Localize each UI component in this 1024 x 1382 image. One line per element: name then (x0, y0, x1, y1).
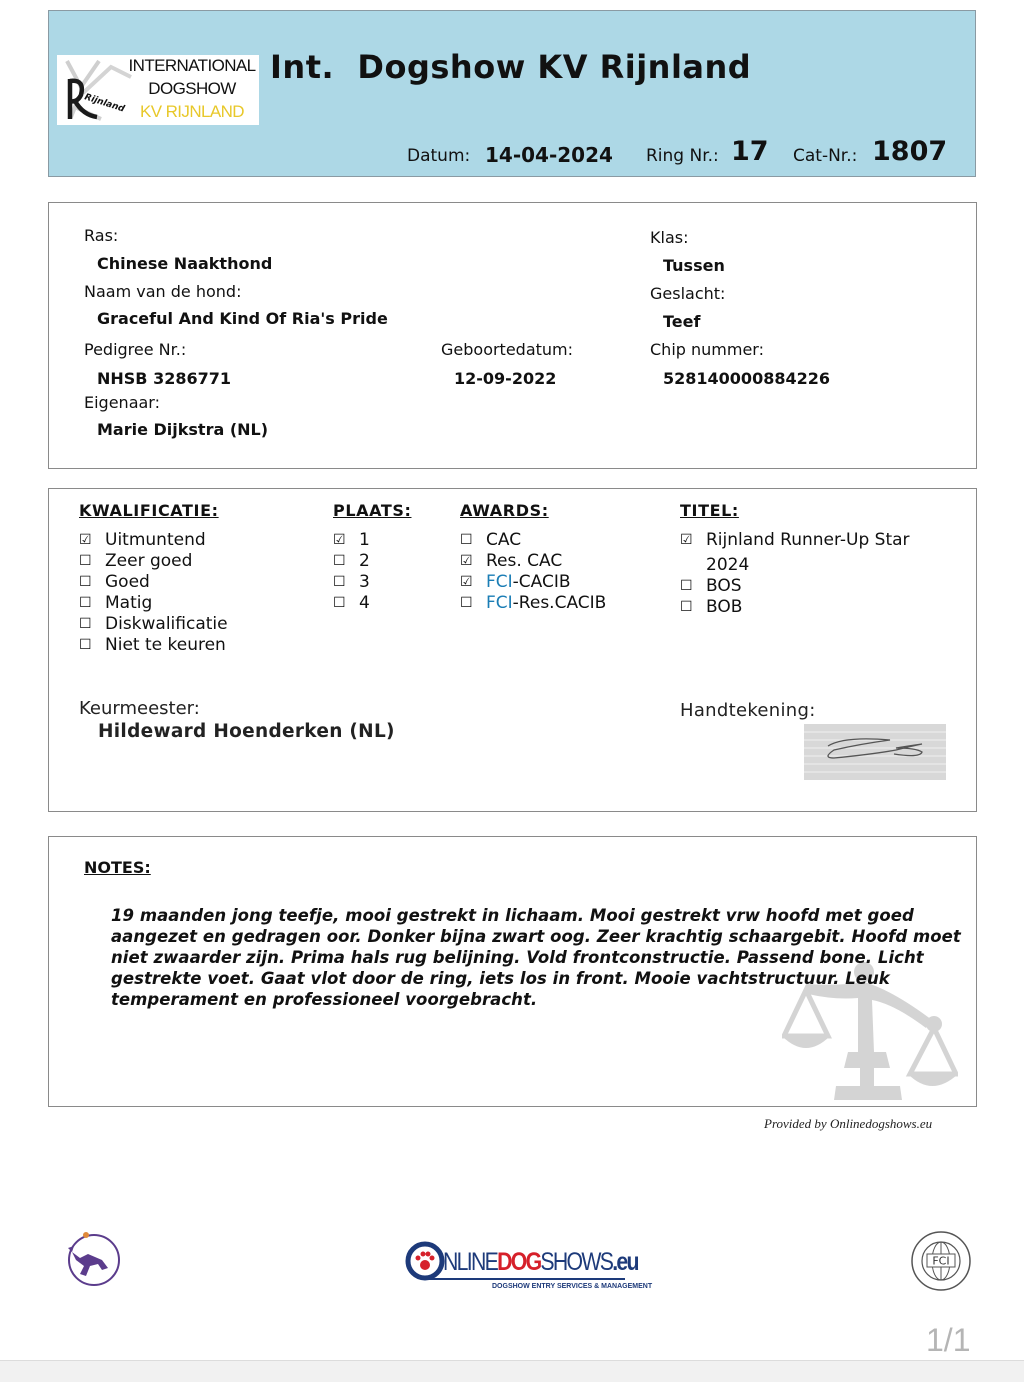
logo-line-dogshow: DOGSHOW (125, 79, 259, 99)
checked-box-icon[interactable]: ☑ (460, 551, 474, 572)
fci-logo-icon: FCI (910, 1230, 972, 1292)
kwalificatie-option-label: Uitmuntend (105, 530, 206, 551)
kwalificatie-list: ☑Uitmuntend☐Zeer goed☐Goed☐Matig☐Diskwal… (79, 530, 228, 656)
kwalificatie-option[interactable]: ☑Uitmuntend (79, 530, 228, 551)
unchecked-box-icon[interactable]: ☐ (460, 593, 474, 614)
awards-option[interactable]: ☐CAC (460, 530, 606, 551)
awards-option-label: CAC (486, 530, 521, 551)
ras-label: Ras: (84, 226, 118, 245)
rijnland-logo-icon: Rijnland (61, 57, 133, 123)
unchecked-box-icon[interactable]: ☐ (79, 572, 93, 593)
unchecked-box-icon[interactable]: ☐ (333, 593, 347, 614)
kwalificatie-option[interactable]: ☐Matig (79, 593, 228, 614)
logo-line-kv-rijnland: KV RIJNLAND (125, 102, 259, 122)
pedigree-value: NHSB 3286771 (97, 369, 231, 388)
awards-list: ☐CAC☑Res. CAC☑FCI-CACIB☐FCI-Res.CACIB (460, 530, 606, 614)
signature-image (804, 724, 946, 780)
plaats-option-label: 3 (359, 572, 370, 593)
unchecked-box-icon[interactable]: ☐ (79, 635, 93, 656)
plaats-option-label: 2 (359, 551, 370, 572)
provided-by-text: Provided by Onlinedogshows.eu (764, 1116, 932, 1132)
titel-option[interactable]: ☐BOS (680, 576, 910, 597)
unchecked-box-icon[interactable]: ☐ (680, 576, 694, 597)
logo-dog: DOG (497, 1248, 540, 1276)
notes-heading: NOTES: (84, 858, 151, 877)
plaats-option[interactable]: ☐4 (333, 593, 370, 614)
titel-option[interactable]: ☑Rijnland Runner-Up Star2024 (680, 530, 910, 576)
klas-label: Klas: (650, 228, 688, 247)
cat-value: 1807 (872, 136, 947, 167)
unchecked-box-icon[interactable]: ☐ (79, 614, 93, 635)
kwalificatie-option-label: Zeer goed (105, 551, 192, 572)
awards-option[interactable]: ☑Res. CAC (460, 551, 606, 572)
datum-label: Datum: (407, 146, 470, 166)
unchecked-box-icon[interactable]: ☐ (333, 572, 347, 593)
kwalificatie-option-label: Matig (105, 593, 152, 614)
checked-box-icon[interactable]: ☑ (333, 530, 347, 551)
logo-eu: .eu (612, 1248, 638, 1276)
plaats-heading: PLAATS: (333, 501, 411, 520)
logo-shows: SHOWS (540, 1248, 612, 1276)
kwalificatie-option-label: Goed (105, 572, 150, 593)
handtekening-label: Handtekening: (680, 700, 816, 721)
kwalificatie-option[interactable]: ☐Goed (79, 572, 228, 593)
geboortedatum-value: 12-09-2022 (454, 369, 556, 388)
page-indicator: 1/1 (926, 1322, 970, 1359)
kwalificatie-option[interactable]: ☐Zeer goed (79, 551, 228, 572)
logo-underline (425, 1278, 625, 1280)
titel-option-label: BOS (706, 576, 742, 597)
ring-value: 17 (731, 136, 769, 167)
pedigree-label: Pedigree Nr.: (84, 340, 186, 359)
ras-value: Chinese Naakthond (97, 254, 272, 273)
logo-nline: NLINE (443, 1248, 497, 1276)
awards-option[interactable]: ☐FCI-Res.CACIB (460, 593, 606, 614)
logo-tagline: DOGSHOW ENTRY SERVICES & MANAGEMENT (492, 1283, 652, 1290)
naam-label: Naam van de hond: (84, 282, 241, 301)
viewer-bottom-bar (0, 1360, 1024, 1382)
svg-text:Rijnland: Rijnland (83, 92, 126, 115)
titel-option[interactable]: ☐BOB (680, 597, 910, 618)
awards-option-label: FCI-CACIB (486, 572, 571, 593)
unchecked-box-icon[interactable]: ☐ (460, 530, 474, 551)
chip-label: Chip nummer: (650, 340, 764, 359)
plaats-option[interactable]: ☐3 (333, 572, 370, 593)
kwalificatie-option-label: Niet te keuren (105, 635, 226, 656)
plaats-option-label: 4 (359, 593, 370, 614)
checked-box-icon[interactable]: ☑ (79, 530, 93, 551)
checked-box-icon[interactable]: ☑ (460, 572, 474, 593)
datum-value: 14-04-2024 (485, 143, 613, 167)
eigenaar-value: Marie Dijkstra (NL) (97, 420, 268, 439)
signature-scribble-icon (804, 724, 946, 780)
svg-text:FCI: FCI (932, 1255, 949, 1268)
kwalificatie-option[interactable]: ☐Diskwalificatie (79, 614, 228, 635)
geslacht-label: Geslacht: (650, 284, 725, 303)
plaats-option[interactable]: ☑1 (333, 530, 370, 551)
keurmeester-label: Keurmeester: (79, 698, 200, 719)
paw-logo-icon (405, 1241, 445, 1281)
awards-option-label: FCI-Res.CACIB (486, 593, 606, 614)
agility-dog-logo-icon (64, 1230, 124, 1288)
eigenaar-label: Eigenaar: (84, 393, 160, 412)
geslacht-value: Teef (663, 312, 700, 331)
titel-option-label: Rijnland Runner-Up Star2024 (706, 530, 910, 576)
show-logo: Rijnland INTERNATIONAL DOGSHOW KV RIJNLA… (57, 55, 259, 125)
titel-option-label: BOB (706, 597, 742, 618)
chip-value: 528140000884226 (663, 369, 830, 388)
unchecked-box-icon[interactable]: ☐ (79, 551, 93, 572)
naam-value: Graceful And Kind Of Ria's Pride (97, 309, 388, 328)
titel-list: ☑Rijnland Runner-Up Star2024☐BOS☐BOB (680, 530, 910, 618)
awards-heading: AWARDS: (460, 501, 549, 520)
awards-option[interactable]: ☑FCI-CACIB (460, 572, 606, 593)
unchecked-box-icon[interactable]: ☐ (333, 551, 347, 572)
show-title: Int. Dogshow KV Rijnland (270, 48, 751, 86)
plaats-option-label: 1 (359, 530, 370, 551)
klas-value: Tussen (663, 256, 725, 275)
notes-text: 19 maanden jong teefje, mooi gestrekt in… (111, 905, 961, 1010)
awards-option-label: Res. CAC (486, 551, 562, 572)
kwalificatie-option[interactable]: ☐Niet te keuren (79, 635, 228, 656)
plaats-list: ☑1☐2☐3☐4 (333, 530, 370, 614)
checked-box-icon[interactable]: ☑ (680, 530, 694, 551)
unchecked-box-icon[interactable]: ☐ (680, 597, 694, 618)
ring-label: Ring Nr.: (646, 146, 719, 166)
geboortedatum-label: Geboortedatum: (441, 340, 573, 359)
keurmeester-value: Hildeward Hoenderken (NL) (98, 721, 395, 742)
cat-label: Cat-Nr.: (793, 146, 857, 166)
kwalificatie-option-label: Diskwalificatie (105, 614, 228, 635)
titel-heading: TITEL: (680, 501, 739, 520)
logo-line-international: INTERNATIONAL (125, 56, 259, 76)
unchecked-box-icon[interactable]: ☐ (79, 593, 93, 614)
onlinedogshows-logo: NLINEDOGSHOWS.eu DOGSHOW ENTRY SERVICES … (405, 1240, 635, 1296)
plaats-option[interactable]: ☐2 (333, 551, 370, 572)
kwalificatie-heading: KWALIFICATIE: (79, 501, 219, 520)
